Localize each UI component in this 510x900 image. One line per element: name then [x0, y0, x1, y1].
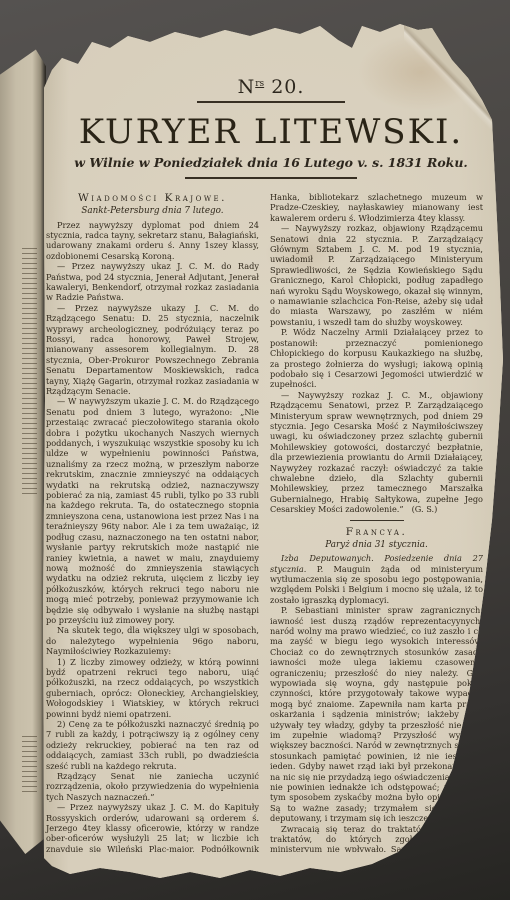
issue-superscript: rs [255, 79, 264, 89]
paragraph: Przez naywyższy dyplomat pod dniem 24 st… [46, 220, 259, 262]
paragraph: — W naywyższym ukazie J. C. M. do Rządzą… [46, 396, 259, 625]
paragraph: — Naywyższy rozkaz J. C. M., objawiony R… [270, 390, 483, 515]
paragraph: — Przez naywyższy ukaz J. C. M. do Rady … [46, 261, 259, 303]
paragraph: 2) Cenę za te półkożuszki naznaczyć śred… [46, 719, 259, 771]
paragraph: Izba Deputowanych. Posiedzenie dnia 27 s… [270, 553, 483, 605]
signature: (G. S.) [412, 504, 438, 514]
adjacent-page-text-fragment [22, 736, 37, 796]
section-title-francya: Francya. [270, 526, 483, 539]
scan-background: Nrs 20. KURYER LITEWSKI. w Wilnie w Poni… [0, 0, 510, 900]
column-right: Hanka, bibliotekarz szlachetnego muzeum … [270, 192, 483, 852]
section-title-wiadomosci-krajowe: Wiadomości Krajowe. [46, 192, 259, 205]
paragraph: — Przez naywyższy ukaz J. C. M. do Kapit… [46, 802, 259, 852]
article-columns: Wiadomości Krajowe. Sankt-Petersburg dni… [36, 179, 506, 852]
masthead-dateline: w Wilnie w Poniedziałek dnia 16 Lutego v… [36, 155, 506, 170]
newspaper-page: Nrs 20. KURYER LITEWSKI. w Wilnie w Poni… [36, 22, 506, 882]
issue-rule [197, 101, 345, 103]
issue-prefix: N [238, 76, 256, 98]
paragraph: Na skutek tego, dla większey ulgi w spos… [46, 625, 259, 656]
adjacent-page-edge [0, 16, 46, 854]
corner-fold-crease [404, 24, 504, 139]
paragraph: — Naywyższy rozkaz, objawiony Rządzącemu… [270, 223, 483, 327]
adjacent-page-text-fragment [22, 248, 37, 498]
paragraph-text: — Naywyższy rozkaz J. C. M., objawiony R… [270, 390, 483, 514]
continuation-paragraph: Hanka, bibliotekarz szlachetnego muzeum … [270, 192, 483, 223]
paragraph: Rządzący Senat nie zaniecha uczynić rozr… [46, 771, 259, 802]
petersburg-dateline: Sankt-Petersburg dnia 7 lutego. [46, 206, 259, 217]
paragraph: P. Sebastiani minister spraw zagraniczny… [270, 605, 483, 824]
paragraph: — Przez naywyższe ukazy J. C. M. do Rząd… [46, 303, 259, 397]
paris-dateline: Paryż dnia 31 stycznia. [270, 540, 483, 551]
paragraph: Zwracaią się teraz do traktatów 1814 rok… [270, 824, 483, 852]
section-divider-rule [350, 520, 404, 521]
column-left: Wiadomości Krajowe. Sankt-Petersburg dni… [46, 192, 259, 852]
issue-value: 20. [271, 76, 304, 98]
paragraph: 1) Z liczby zimowey odzieży, w którą pow… [46, 657, 259, 719]
paragraph: P. Wódz Naczelny Armii Działaiącey przez… [270, 327, 483, 389]
